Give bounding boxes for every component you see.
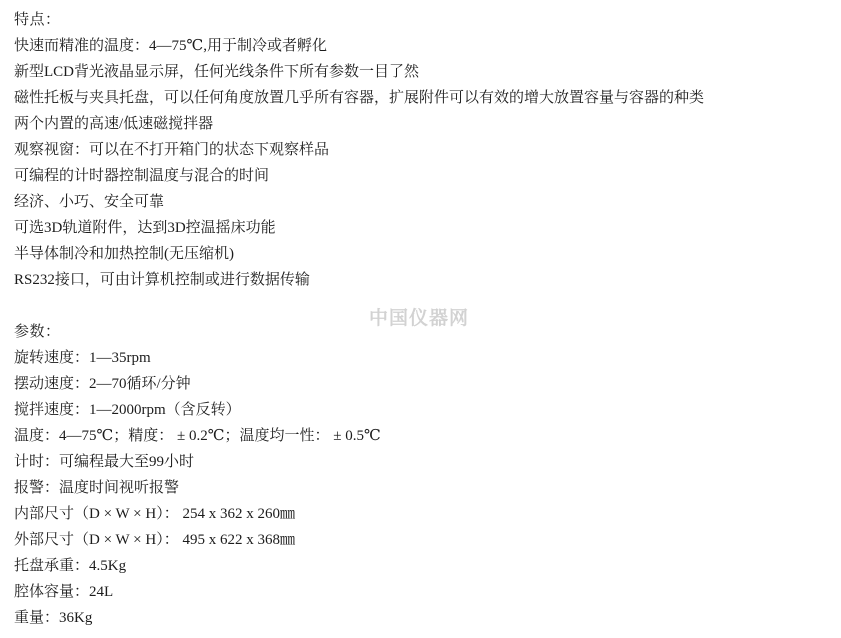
feature-item: RS232接口，可由计算机控制或进行数据传输 — [14, 267, 833, 293]
feature-item: 快速而精准的温度：4—75℃,用于制冷或者孵化 — [14, 33, 833, 59]
spec-item-external-dimensions: 外部尺寸（D × W × H）： 495 x 622 x 368㎜ — [14, 527, 833, 553]
spec-item-weight: 重量：36Kg — [14, 605, 833, 631]
product-description-document: 特点： 快速而精准的温度：4—75℃,用于制冷或者孵化 新型LCD背光液晶显示屏… — [14, 7, 833, 631]
feature-item: 观察视窗：可以在不打开箱门的状态下观察样品 — [14, 137, 833, 163]
spec-item-tray-load: 托盘承重：4.5Kg — [14, 553, 833, 579]
feature-item: 经济、小巧、安全可靠 — [14, 189, 833, 215]
spec-item-alarm: 报警：温度时间视听报警 — [14, 475, 833, 501]
spec-item-timer: 计时：可编程最大至99小时 — [14, 449, 833, 475]
features-heading: 特点： — [14, 7, 833, 33]
feature-item: 磁性托板与夹具托盘，可以任何角度放置几乎所有容器，扩展附件可以有效的增大放置容量… — [14, 85, 833, 111]
feature-item: 两个内置的高速/低速磁搅拌器 — [14, 111, 833, 137]
spec-item-rotation-speed: 旋转速度：1—35rpm — [14, 345, 833, 371]
spec-item-temperature: 温度：4—75℃；精度： ± 0.2℃；温度均一性： ± 0.5℃ — [14, 423, 833, 449]
feature-item: 新型LCD背光液晶显示屏，任何光线条件下所有参数一目了然 — [14, 59, 833, 85]
spec-item-chamber-volume: 腔体容量：24L — [14, 579, 833, 605]
feature-item: 半导体制冷和加热控制(无压缩机) — [14, 241, 833, 267]
specs-heading: 参数： — [14, 319, 833, 345]
spec-item-rocking-speed: 摆动速度：2—70循环/分钟 — [14, 371, 833, 397]
spec-item-stirring-speed: 搅拌速度：1—2000rpm（含反转） — [14, 397, 833, 423]
feature-item: 可选3D轨道附件，达到3D控温摇床功能 — [14, 215, 833, 241]
spec-item-internal-dimensions: 内部尺寸（D × W × H）： 254 x 362 x 260㎜ — [14, 501, 833, 527]
feature-item: 可编程的计时器控制温度与混合的时间 — [14, 163, 833, 189]
section-gap — [14, 293, 833, 319]
